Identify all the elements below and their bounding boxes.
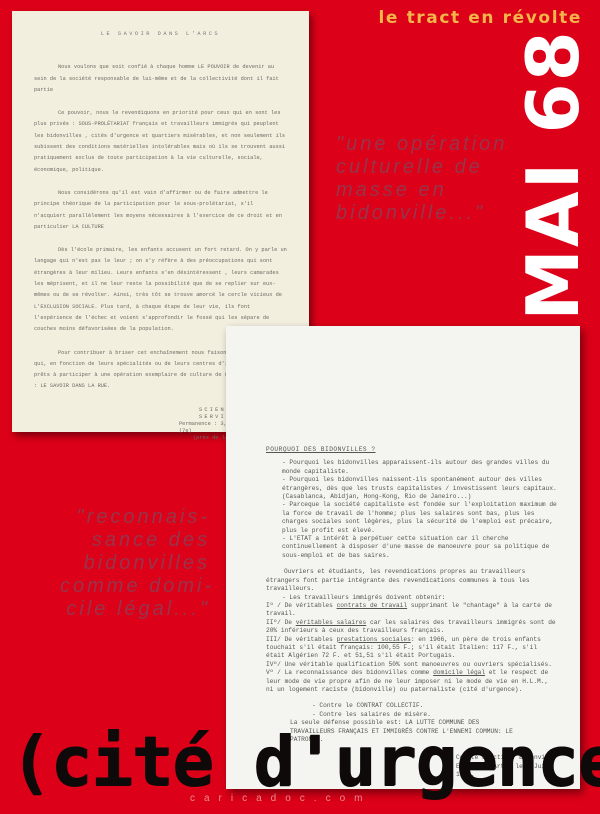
poster: le tract en révolte MAI 68 LE SAVOIR DAN… <box>0 0 600 814</box>
doc-1-paragraph: Dès l'école primaire, les enfants accuse… <box>34 245 287 335</box>
doc-1-title: LE SAVOIR DANS L'ARCS <box>34 29 287 40</box>
doc-1-paragraph: Nous considérons qu'il est vain d'affirm… <box>34 188 287 233</box>
doc-2-line: - Parceque la société capitaliste est fo… <box>282 501 558 535</box>
doc-2-line: - Pourquoi les bidonvilles naissent-ils … <box>282 476 558 501</box>
doc-1-paragraph: Nous voulons que soit confié à chaque ho… <box>34 62 287 96</box>
quote-line: cile légal..." <box>60 598 210 621</box>
doc-2-demand: IIº/ De véritables salaires car les sala… <box>266 619 558 636</box>
doc-1-paragraph: Ce pouvoir, nous le revendiquons en prio… <box>34 108 287 176</box>
doc-2-demand: Vº / La reconnaissance des bidonvilles c… <box>266 669 558 694</box>
website-credit: caricadoc.com <box>190 793 371 804</box>
doc-2-paragraph: Ouvriers et étudiants, les revendication… <box>266 568 558 593</box>
quote-line: sance des <box>60 529 210 552</box>
doc-2-line: - Pourquoi les bidonvilles apparaissent-… <box>282 459 558 476</box>
doc-2-demand: Iº / De véritables contrats de travail s… <box>266 602 558 619</box>
quote-line: bidonvilles <box>60 552 210 575</box>
tract-document-2: POURQUOI DES BIDONVILLES ? - Pourquoi le… <box>226 326 580 789</box>
quote-cultural-operation: "une opération culturelle de masse en bi… <box>336 133 507 225</box>
doc-2-against: - Contre les salaires de misère. <box>312 711 558 719</box>
quote-line: masse en <box>336 179 507 202</box>
cite-durgence-title: (cité d'urgence) <box>10 728 600 797</box>
quote-line: bidonville..." <box>336 202 507 225</box>
doc-2-demand: IVº/ Une véritable qualification 50% son… <box>266 661 558 669</box>
doc-2-demand: III/ De véritables prestations sociales:… <box>266 636 558 661</box>
doc-2-against: - Contre le CONTRAT COLLECTIF. <box>312 702 558 710</box>
quote-line: "reconnais- <box>60 506 210 529</box>
quote-line: culturelle de <box>336 156 507 179</box>
vertical-title: MAI 68 <box>505 40 600 310</box>
doc-2-line: - L'ETAT a intérêt à perpétuer cette sit… <box>282 535 558 560</box>
doc-2-title: POURQUOI DES BIDONVILLES ? <box>266 446 558 454</box>
quote-legal-domicile: "reconnais- sance des bidonvilles comme … <box>60 506 210 621</box>
quote-line: "une opération <box>336 133 507 156</box>
mai-68-title: MAI 68 <box>517 29 589 320</box>
quote-line: comme domi- <box>60 575 210 598</box>
poster-subtitle: le tract en révolte <box>379 8 583 28</box>
doc-2-demands-intro: - Les travailleurs immigrés doivent obte… <box>282 594 558 602</box>
